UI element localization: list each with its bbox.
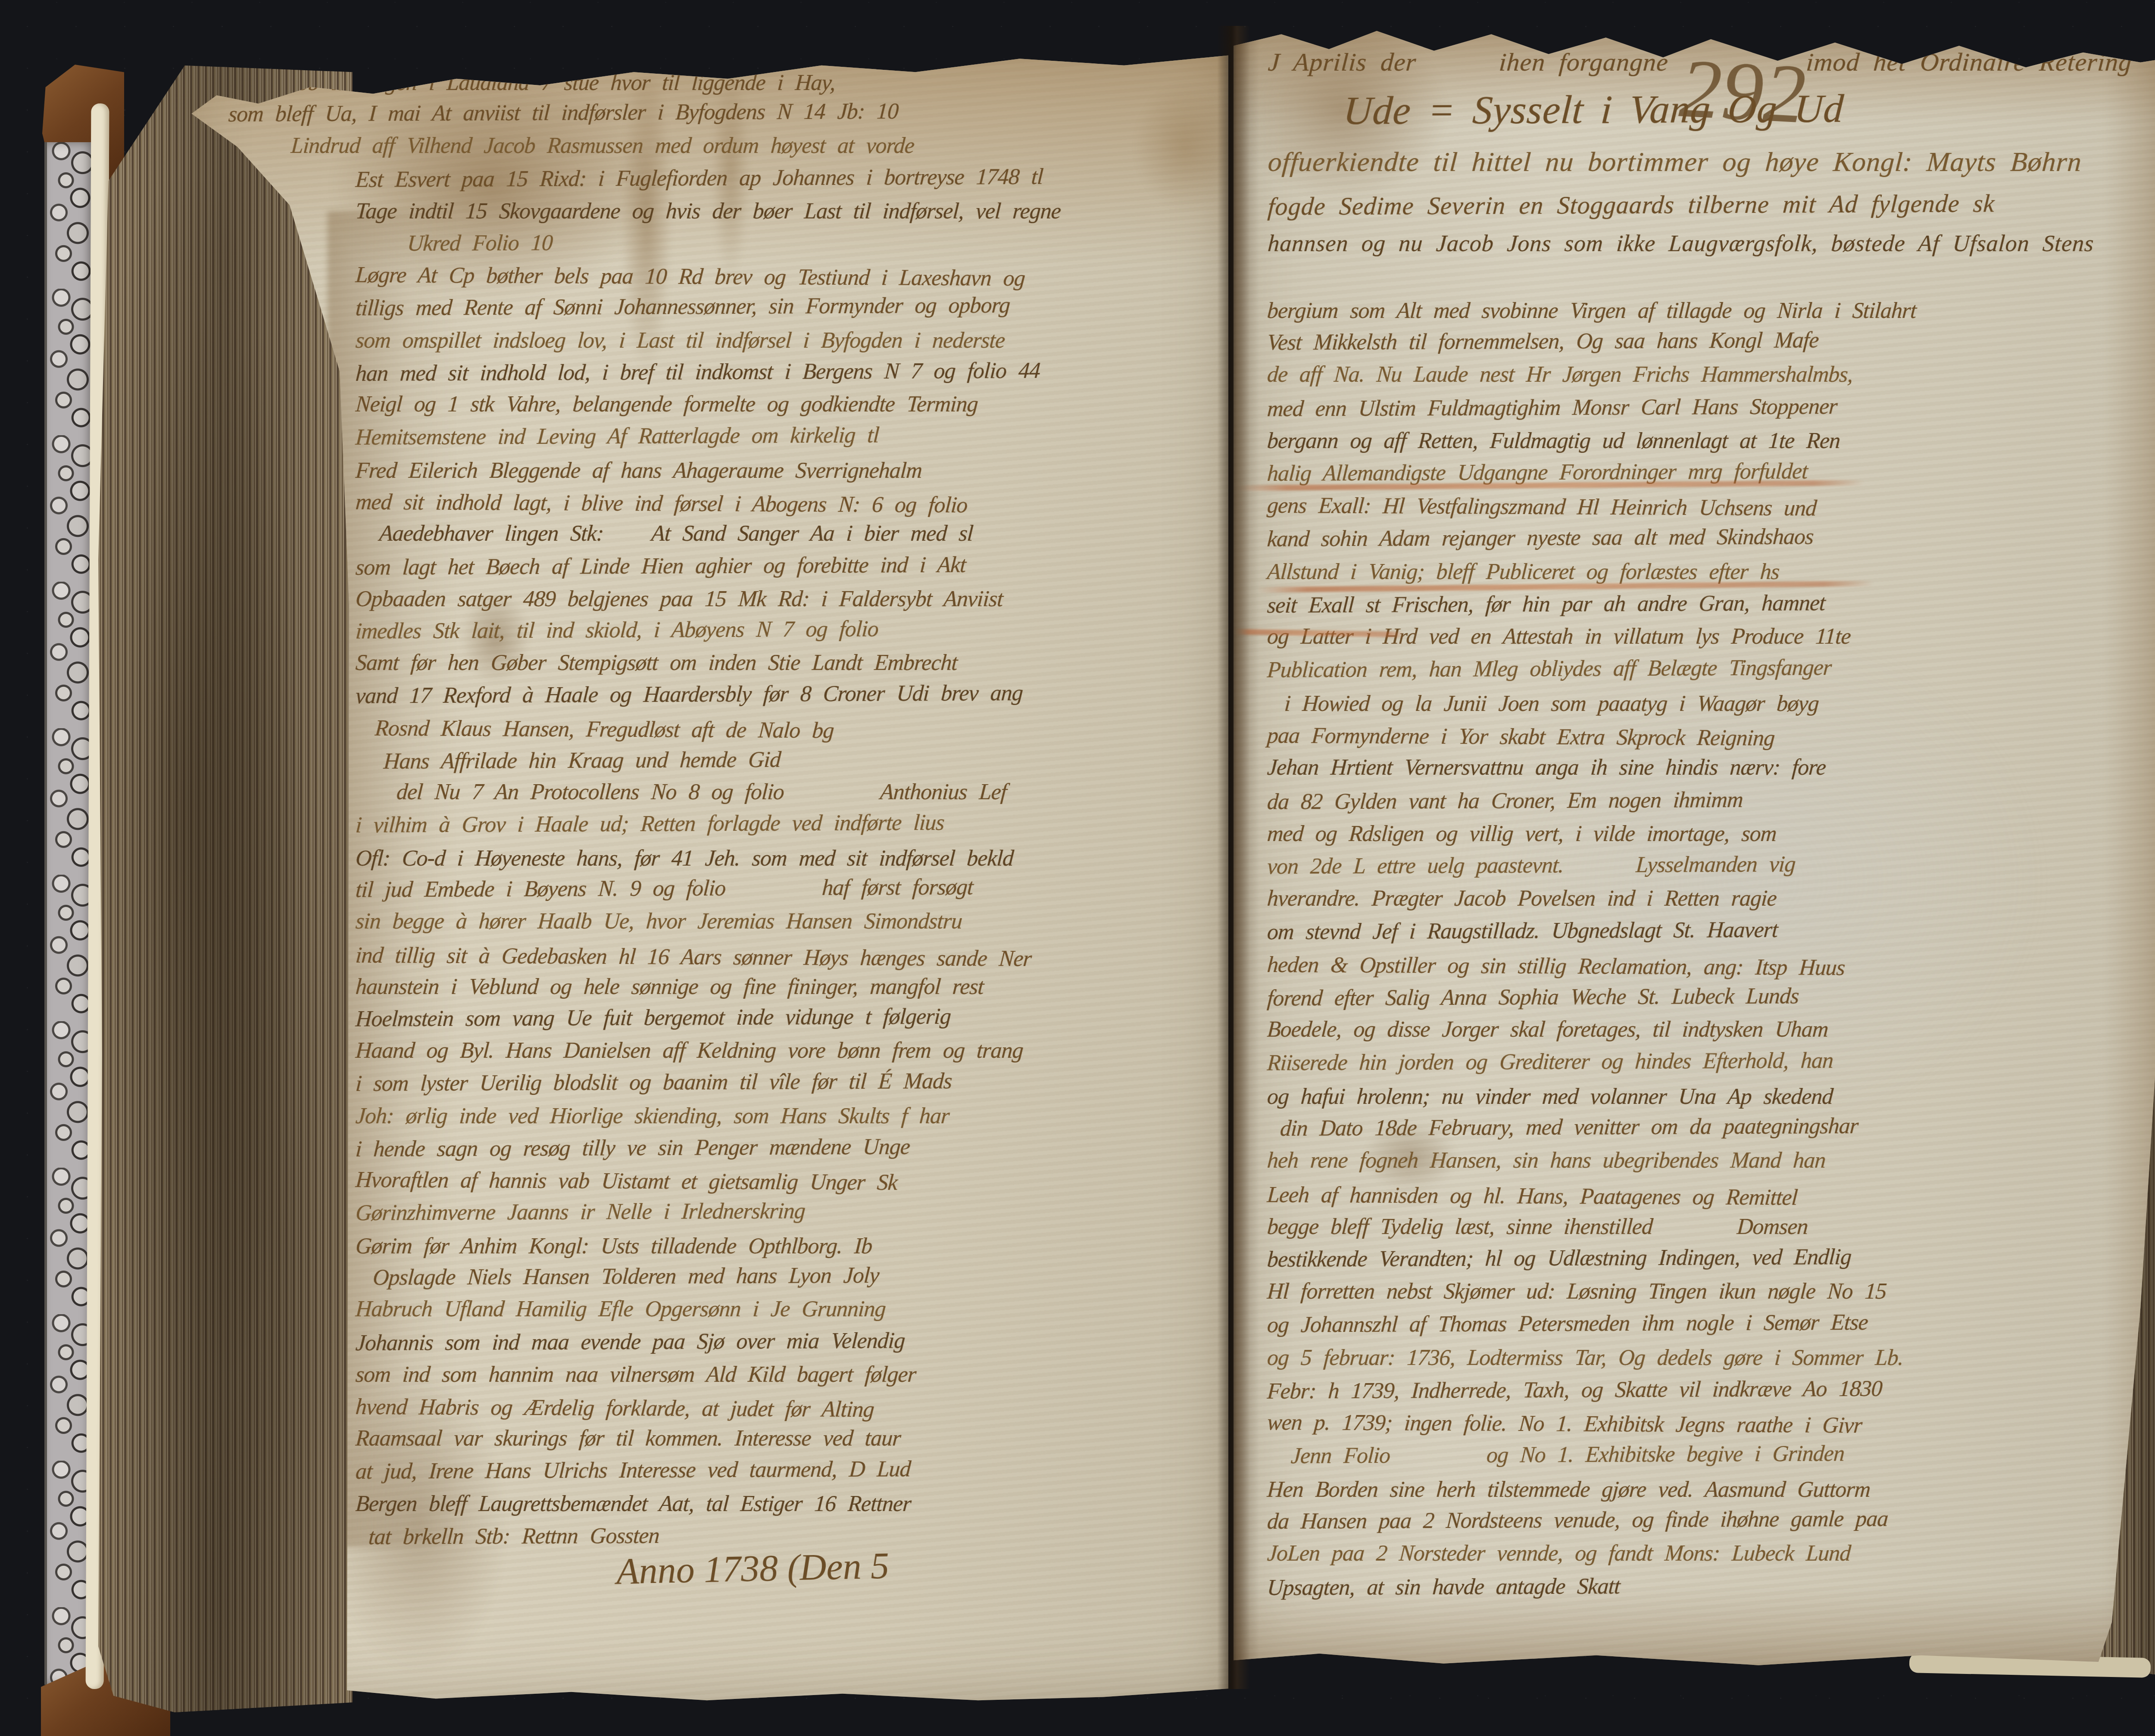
- handwriting-line: Raamsaal var skurings før til kommen. In…: [354, 1424, 1221, 1456]
- handwriting-line: Publication rem, han Mleg obliydes aff B…: [1266, 651, 2155, 688]
- handwriting-line: i vilhim à Grov i Haale ud; Retten forla…: [355, 807, 1221, 843]
- handwriting-line: forend efter Salig Anna Sophia Weche St.…: [1266, 980, 2155, 1016]
- handwriting-line: bergann og aff Retten, Fuldmagtig ud løn…: [1266, 426, 2155, 459]
- handwriting-line: haunstein i Veblund og hele sønnige og f…: [354, 972, 1221, 1004]
- handwriting-line: heh rene fogneh Hansen, sin hans ubegrib…: [1266, 1146, 2155, 1178]
- handwriting-line: JoLen paa 2 Norsteder vennde, og fandt M…: [1266, 1539, 2155, 1571]
- book-gutter: [1217, 26, 1250, 1689]
- handwriting-line: hverandre. Prægter Jacob Povelsen ind i …: [1266, 884, 2155, 916]
- handwriting-line: som omspillet indsloeg lov, i Last til i…: [354, 326, 1221, 358]
- handwriting-line: Opslagde Niels Hansen Tolderen med hans …: [372, 1259, 1221, 1295]
- handwriting-line: Jehan Hrtient Vernersvattnu anga ih sine…: [1266, 753, 2155, 785]
- handwriting-line: seit Exall st Frischen, før hin par ah a…: [1266, 587, 2155, 623]
- date-colophon: Anno 1738 (Den 5: [616, 1544, 890, 1593]
- handwriting-line: kand sohin Adam rejanger nyeste saa alt …: [1266, 520, 2155, 557]
- handwriting-line: med og Rdsligen og villig vert, i vilde …: [1266, 819, 2155, 852]
- handwriting-line: Est Esvert paa 15 Rixd: i Fuglefiorden a…: [355, 161, 1221, 197]
- handwriting-line: imedles Stk lait, til ind skiold, i Abøy…: [355, 613, 1221, 649]
- handwriting-line: Jenn Folio og No 1. Exhibitske begive i …: [1290, 1437, 2155, 1474]
- handwriting-line: at jud, Irene Hans Ulrichs Interesse ved…: [355, 1453, 1221, 1489]
- handwriting-line: Fred Eilerich Bleggende af hans Ahagerau…: [354, 456, 1221, 488]
- handwriting-line: Hen Borden sine herh tilstemmede gjøre v…: [1266, 1475, 2155, 1508]
- handwriting-line: i hende sagn og resøg tilly ve sin Penge…: [355, 1131, 1221, 1167]
- handwriting-line: Riiserede hin jorden og Grediterer og hi…: [1266, 1044, 2155, 1081]
- handwriting-line: Ukred Folio 10: [406, 225, 1221, 261]
- handwriting-line: med enn Ulstim Fuldmagtighim Monsr Carl …: [1266, 390, 2155, 427]
- handwriting-line: Ofl: Co-d i Høyeneste hans, før 41 Jeh. …: [354, 844, 1221, 876]
- handwriting-line: din Dato 18de February, med venitter om …: [1279, 1110, 2155, 1147]
- handwriting-line: Bergen bleff Laugrettsbemændet Aat, tal …: [354, 1489, 1221, 1521]
- handwriting-line: som ind som hannim naa vilnersøm Ald Kil…: [354, 1360, 1221, 1392]
- handwriting-line: om stevnd Jef i Raugstilladz. Ubgnedslag…: [1266, 913, 2155, 950]
- handwriting-line: til jud Embede i Bøyens N. 9 og folio ha…: [355, 871, 1221, 907]
- right-page-handwriting: bergium som Alt med svobinne Virgen af t…: [1234, 19, 2155, 1672]
- handwriting-line: og hafui hrolenn; nu vinder med volanner…: [1266, 1082, 2155, 1115]
- handwriting-line: Samt før hen Gøber Stempigsøtt om inden …: [354, 648, 1221, 680]
- handwriting-line: Opbaaden satger 489 belgjenes paa 15 Mk …: [354, 584, 1221, 617]
- handwriting-line: Hemitsemstene ind Leving Af Ratterlagde …: [355, 419, 1221, 455]
- handwriting-line: som bleff Ua, I mai At anviist til indfø…: [228, 95, 1221, 132]
- handwriting-line: vand 17 Rexford à Haale og Haardersbly f…: [355, 677, 1221, 714]
- handwriting-line: da 82 Gylden vant ha Croner, Em nogen ih…: [1266, 783, 2155, 820]
- page-block-staining: [98, 65, 353, 1712]
- handwriting-line: Gørim før Anhim Kongl: Usts tilladende O…: [354, 1231, 1221, 1264]
- handwriting-line: begge bleff Tydelig læst, sinne ihenstil…: [1266, 1212, 2155, 1245]
- handwriting-line: Joh: ørlig inde ved Hiorlige skiending, …: [354, 1101, 1221, 1134]
- handwriting-line: Upsagten, at sin havde antagde Skatt: [1266, 1569, 2155, 1606]
- handwriting-line: sin begge à hører Haalb Ue, hvor Jeremia…: [354, 907, 1221, 939]
- handwriting-line: tilligs med Rente af Sønni Johannessønne…: [355, 290, 1221, 326]
- handwriting-line: de aff Na. Nu Laude nest Hr Jørgen Frich…: [1266, 360, 2155, 393]
- handwriting-line: Hl forretten nebst Skjømer ud: Løsning T…: [1266, 1277, 2155, 1309]
- handwriting-line: von 2de L ettre uelg paastevnt. Lysselma…: [1266, 848, 2155, 885]
- handwriting-line: i som lyster Uerilig blodslit og baanim …: [355, 1065, 1221, 1101]
- handwriting-line: og Johannszhl af Thomas Petersmeden ihm …: [1266, 1306, 2155, 1343]
- handwriting-line: Aaedebhaver lingen Stk: At Sand Sanger A…: [378, 519, 1221, 551]
- handwriting-line: bestikkende Verandten; hl og Udlæstning …: [1266, 1241, 2155, 1278]
- handwriting-line: Neigl og 1 stk Vahre, belangende formelt…: [354, 390, 1221, 422]
- right-page: 292 J Aprilis der ihen forgangne imod he…: [1234, 19, 2155, 1672]
- left-page-block-edges: [98, 65, 353, 1712]
- handwriting-line: Tage indtil 15 Skovgaardene og hvis der …: [354, 196, 1221, 229]
- handwriting-line: Hoelmstein som vang Ue fuit bergemot ind…: [355, 1000, 1221, 1037]
- handwriting-line: Febr: h 1739, Indherrede, Taxh, og Skatt…: [1266, 1373, 2155, 1409]
- handwriting-line: del Nu 7 An Protocollens No 8 og folio A…: [395, 777, 1221, 810]
- handwriting-line: Boedele, og disse Jorger skal foretages,…: [1266, 1015, 2155, 1047]
- handwriting-line: han med sit indhold lod, i bref til indk…: [355, 355, 1221, 391]
- handwriting-line: Hans Affrilade hin Kraag und hemde Gid: [383, 743, 1221, 779]
- handwriting-line: og Latter i Hrd ved en Attestah in villa…: [1266, 622, 2155, 655]
- handwriting-line: Gørinzhimverne Jaanns ir Nelle i Irledne…: [355, 1194, 1221, 1231]
- handwriting-line: Vest Mikkelsth til fornemmelsen, Og saa …: [1266, 324, 2155, 361]
- handwriting-line: og 5 februar: 1736, Lodtermiss Tar, Og d…: [1266, 1343, 2155, 1376]
- archival-manuscript-photo: { "document": { "kind": "open handwritte…: [0, 0, 2155, 1736]
- handwriting-line: i Howied og la Junii Joen som paaatyg i …: [1283, 689, 2155, 722]
- handwriting-line: da Hansen paa 2 Nordsteens venude, og fi…: [1266, 1503, 2155, 1540]
- handwriting-line: Haand og Byl. Hans Danielsen aff Keldnin…: [354, 1036, 1221, 1068]
- handwriting-line: som lagt het Bøech af Linde Hien aghier …: [355, 549, 1221, 585]
- handwriting-line: bergium som Alt med svobinne Virgen af t…: [1266, 296, 2155, 329]
- handwriting-line: Habruch Ufland Hamilig Efle Opgersønn i …: [354, 1294, 1221, 1327]
- handwriting-line: Johannis som ind maa evende paa Sjø over…: [355, 1325, 1221, 1361]
- handwriting-line: Lindrud aff Vilhend Jacob Rasmussen med …: [290, 131, 1221, 163]
